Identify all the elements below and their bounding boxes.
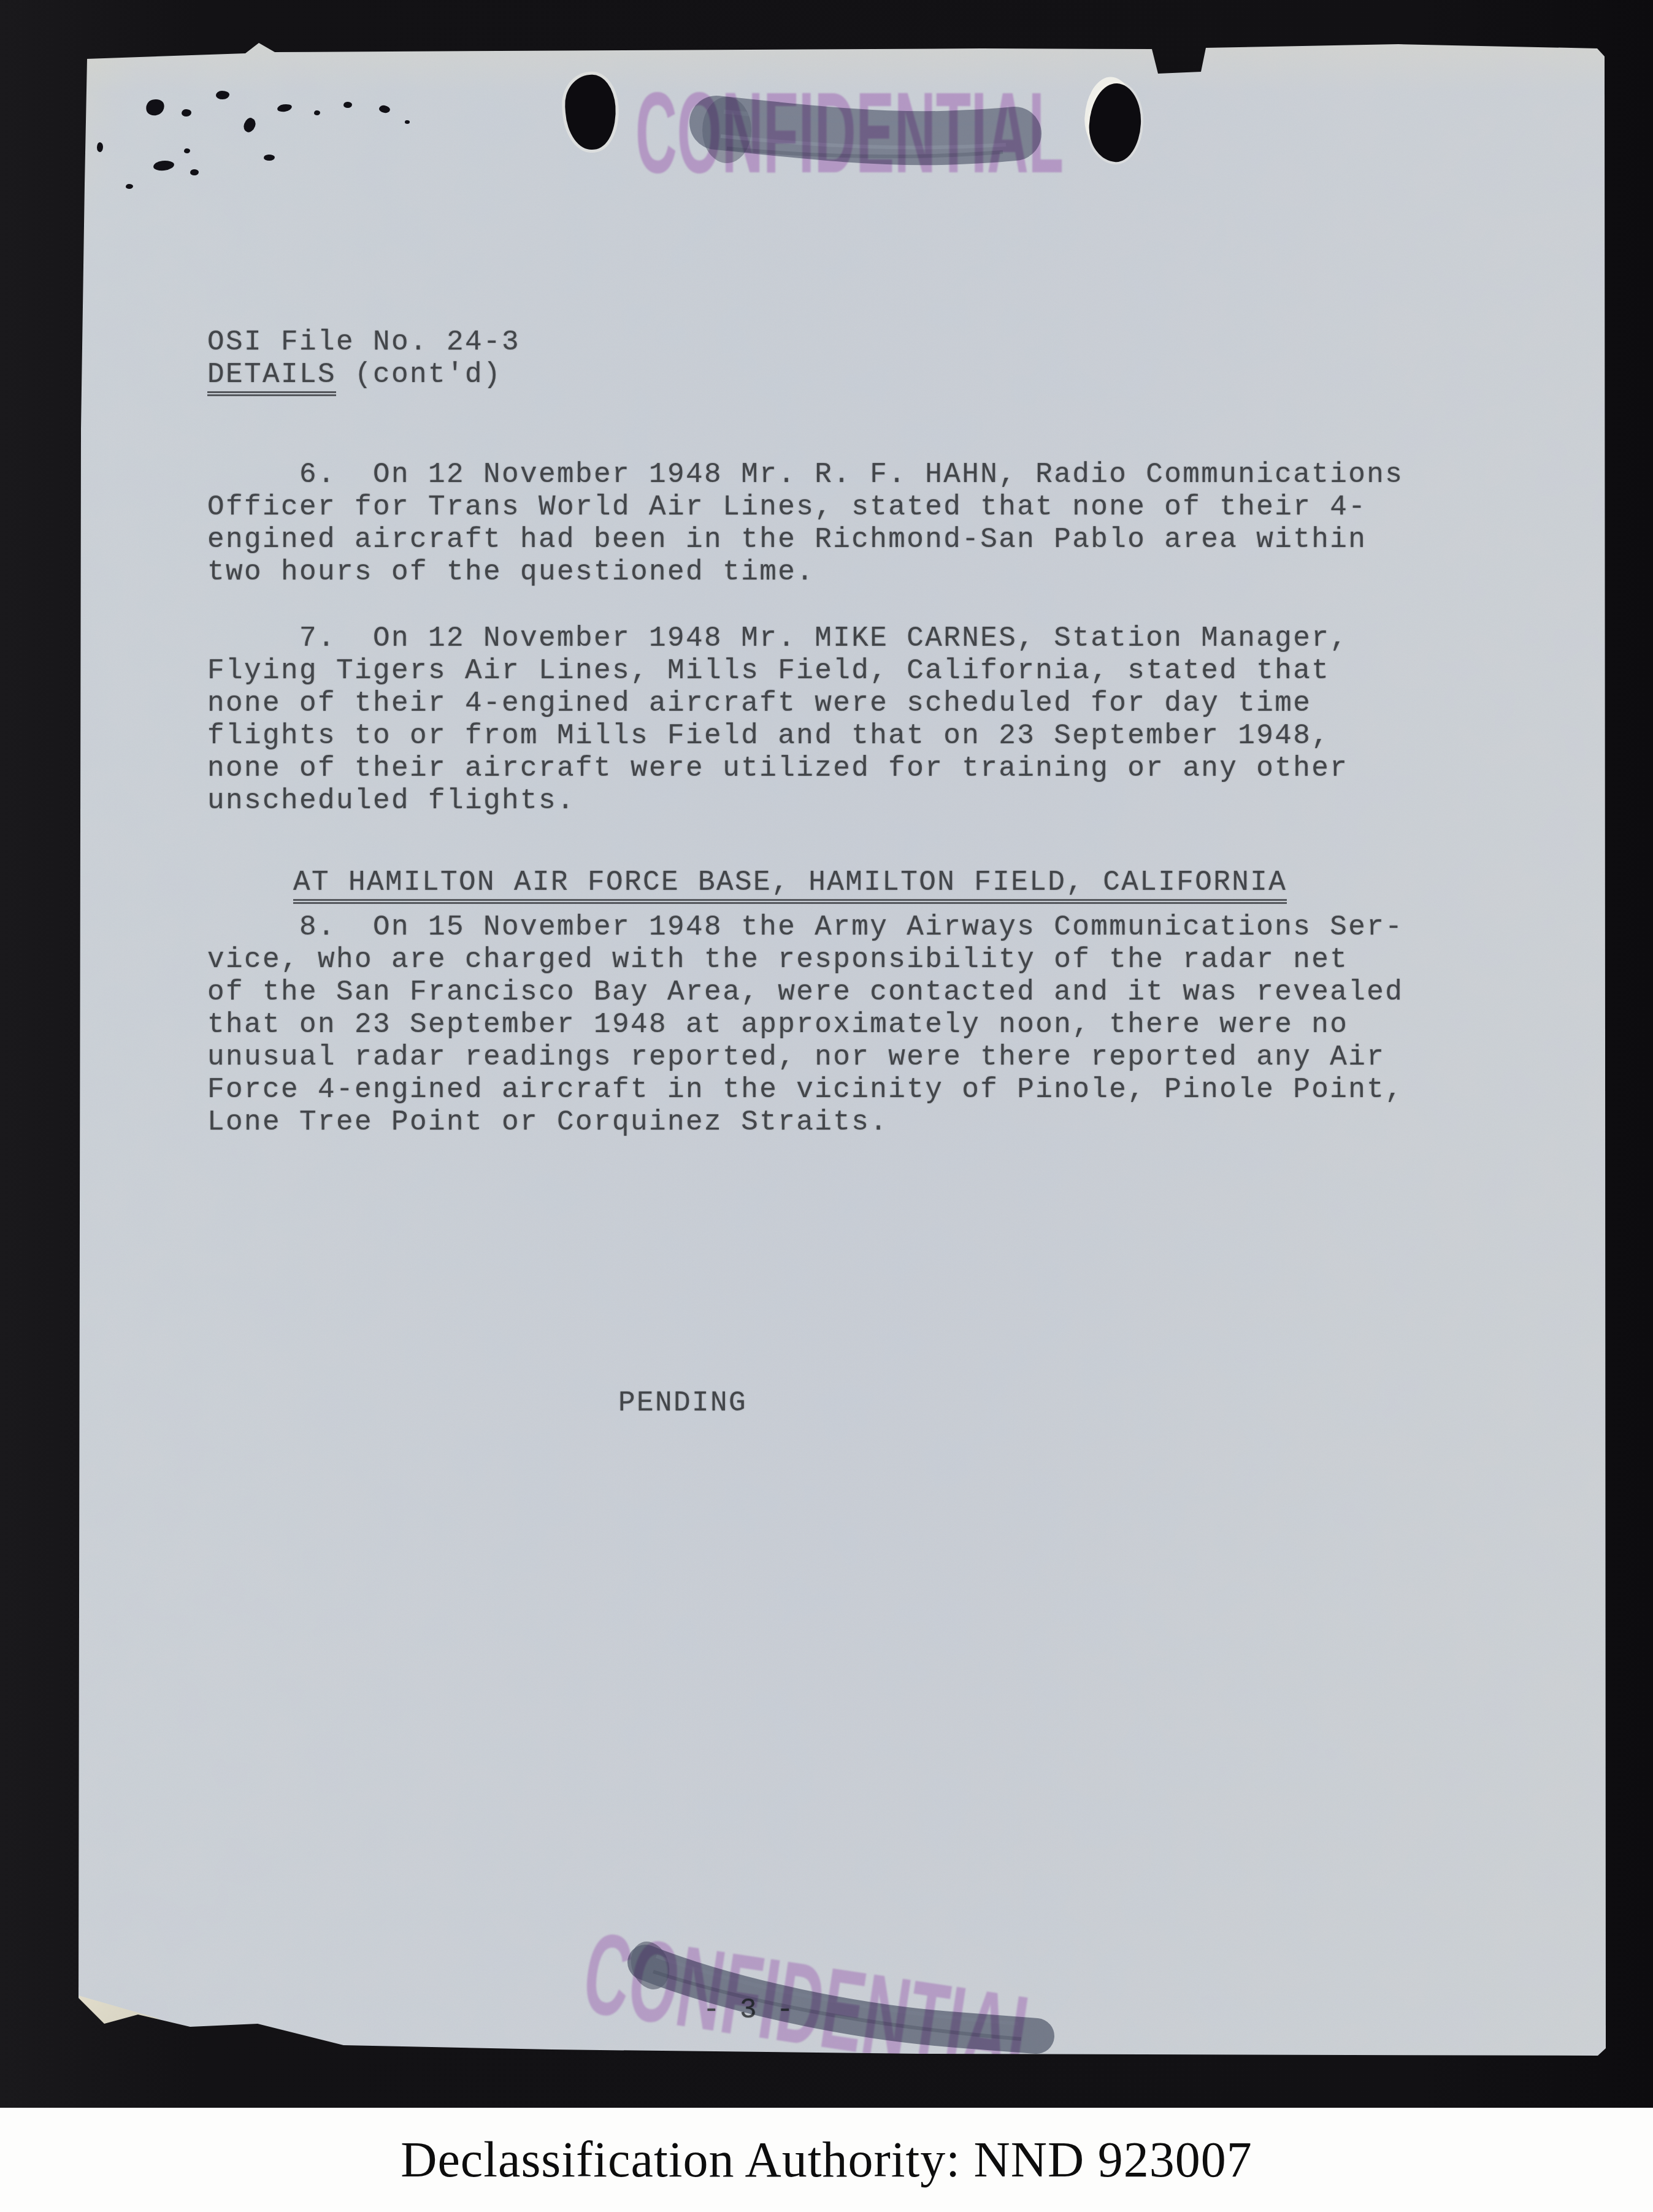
paper-tear-speck: [216, 91, 229, 99]
page-number: - 3 -: [703, 1994, 795, 2027]
paper-tear-speck: [314, 110, 320, 115]
punch-hole-right: [1087, 82, 1143, 163]
paper-tear-speck: [126, 184, 133, 189]
paper-tear-speck: [343, 102, 352, 108]
paper-tear-speck: [182, 109, 191, 117]
paper-tear-speck: [264, 155, 275, 161]
paper-fold-corner: [74, 1987, 166, 2042]
file-header: OSI File No. 24-3DETAILS (cont'd): [207, 326, 520, 391]
declassification-text: Declassification Authority: NND 923007: [401, 2131, 1252, 2189]
file-number: OSI File No. 24-3: [207, 326, 520, 358]
confidential-stamp-bottom: CONFIDENTIAL: [572, 1924, 1073, 2100]
details-label: DETAILS: [207, 359, 336, 396]
confidential-stamp-top: CONFIDENTIAL: [632, 86, 1073, 187]
declassification-bar: Declassification Authority: NND 923007: [0, 2108, 1653, 2212]
pending-status: PENDING: [618, 1387, 747, 1420]
paper-tear-speck: [153, 160, 174, 172]
details-suffix: (cont'd): [336, 359, 502, 391]
paper-tear-speck: [277, 103, 292, 112]
paper-tear-speck: [405, 120, 410, 124]
punch-hole-left: [563, 73, 618, 151]
svg-text:CONFIDENTIAL: CONFIDENTIAL: [635, 86, 1064, 187]
paragraph-8: 8. On 15 November 1948 the Army Airways …: [207, 911, 1403, 1139]
paragraph-7: 7. On 12 November 1948 Mr. MIKE CARNES, …: [207, 622, 1348, 817]
paper-tear-speck: [378, 104, 391, 113]
svg-text:CONFIDENTIAL: CONFIDENTIAL: [576, 1924, 1056, 2097]
paper-tear-speck: [97, 142, 103, 152]
paragraph-6: 6. On 12 November 1948 Mr. R. F. HAHN, R…: [207, 459, 1403, 589]
paper-tear-speck: [190, 169, 199, 175]
scanned-document-photo: { "doc": { "file_no": "OSI File No. 24-3…: [0, 0, 1653, 2212]
paper-tear-speck: [144, 98, 166, 118]
section-heading: AT HAMILTON AIR FORCE BASE, HAMILTON FIE…: [293, 867, 1287, 899]
scanned-page: CONFIDENTIAL CONFIDENTIAL OSI File No. 2…: [0, 0, 1653, 2212]
paper-tear-speck: [242, 117, 257, 134]
paper-tear-speck: [184, 148, 190, 153]
